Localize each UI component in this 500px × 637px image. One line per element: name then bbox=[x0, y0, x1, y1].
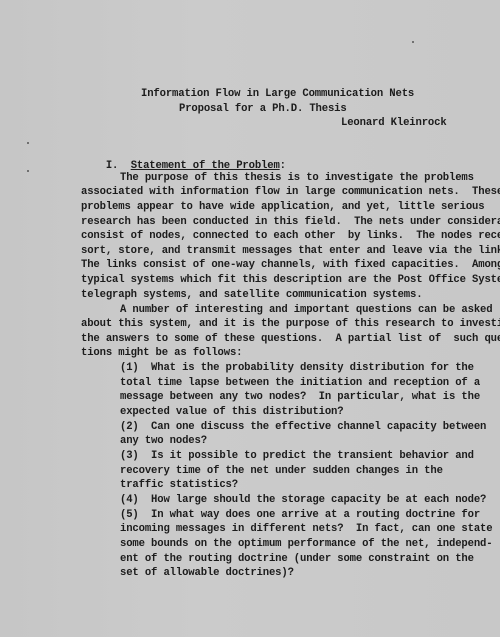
paragraph-line: problems appear to have wide application… bbox=[81, 201, 484, 213]
paragraph-line: associated with information flow in larg… bbox=[81, 186, 500, 198]
paragraph-line: sort, store, and transmit messages that … bbox=[81, 245, 500, 257]
question-line: incoming messages in different nets? In … bbox=[120, 523, 492, 535]
section-title: Statement of the Problem bbox=[131, 160, 280, 172]
document-subtitle: Proposal for a Ph.D. Thesis bbox=[179, 103, 347, 115]
question-line: (4) How large should the storage capacit… bbox=[120, 494, 486, 506]
paragraph-line: tions might be as follows: bbox=[81, 347, 242, 359]
paragraph-line: A number of interesting and important qu… bbox=[120, 304, 492, 316]
question-line: any two nodes? bbox=[120, 435, 207, 447]
paragraph-line: about this system, and it is the purpose… bbox=[81, 318, 500, 330]
question-line: (1) What is the probability density dist… bbox=[120, 362, 474, 374]
paragraph-line: The links consist of one-way channels, w… bbox=[81, 259, 500, 271]
scan-speck bbox=[412, 41, 414, 43]
question-line: (2) Can one discuss the effective channe… bbox=[120, 421, 486, 433]
scan-speck bbox=[27, 170, 29, 172]
paragraph-line: consist of nodes, connected to each othe… bbox=[81, 230, 500, 242]
question-line: (3) Is it possible to predict the transi… bbox=[120, 450, 474, 462]
document-title: Information Flow in Large Communication … bbox=[141, 88, 414, 100]
question-line: recovery time of the net under sudden ch… bbox=[120, 465, 443, 477]
paragraph-line: research has been conducted in this fiel… bbox=[81, 216, 500, 228]
paragraph-line: the answers to some of these questions. … bbox=[81, 333, 500, 345]
question-line: (5) In what way does one arrive at a rou… bbox=[120, 509, 480, 521]
question-line: message between any two nodes? In partic… bbox=[120, 391, 480, 403]
scan-speck bbox=[27, 142, 29, 144]
paragraph-line: telegraph systems, and satellite communi… bbox=[81, 289, 422, 301]
paragraph-line: The purpose of this thesis is to investi… bbox=[120, 172, 474, 184]
section-number: I. bbox=[106, 160, 118, 172]
question-line: set of allowable doctrines)? bbox=[120, 567, 294, 579]
paragraph-line: typical systems which fit this descripti… bbox=[81, 274, 500, 286]
question-line: expected value of this distribution? bbox=[120, 406, 343, 418]
document-author: Leonard Kleinrock bbox=[341, 117, 447, 129]
question-line: traffic statistics? bbox=[120, 479, 238, 491]
document-page: Information Flow in Large Communication … bbox=[0, 0, 500, 637]
question-line: total time lapse between the initiation … bbox=[120, 377, 480, 389]
question-line: some bounds on the optimum performance o… bbox=[120, 538, 492, 550]
question-line: ent of the routing doctrine (under some … bbox=[120, 553, 474, 565]
